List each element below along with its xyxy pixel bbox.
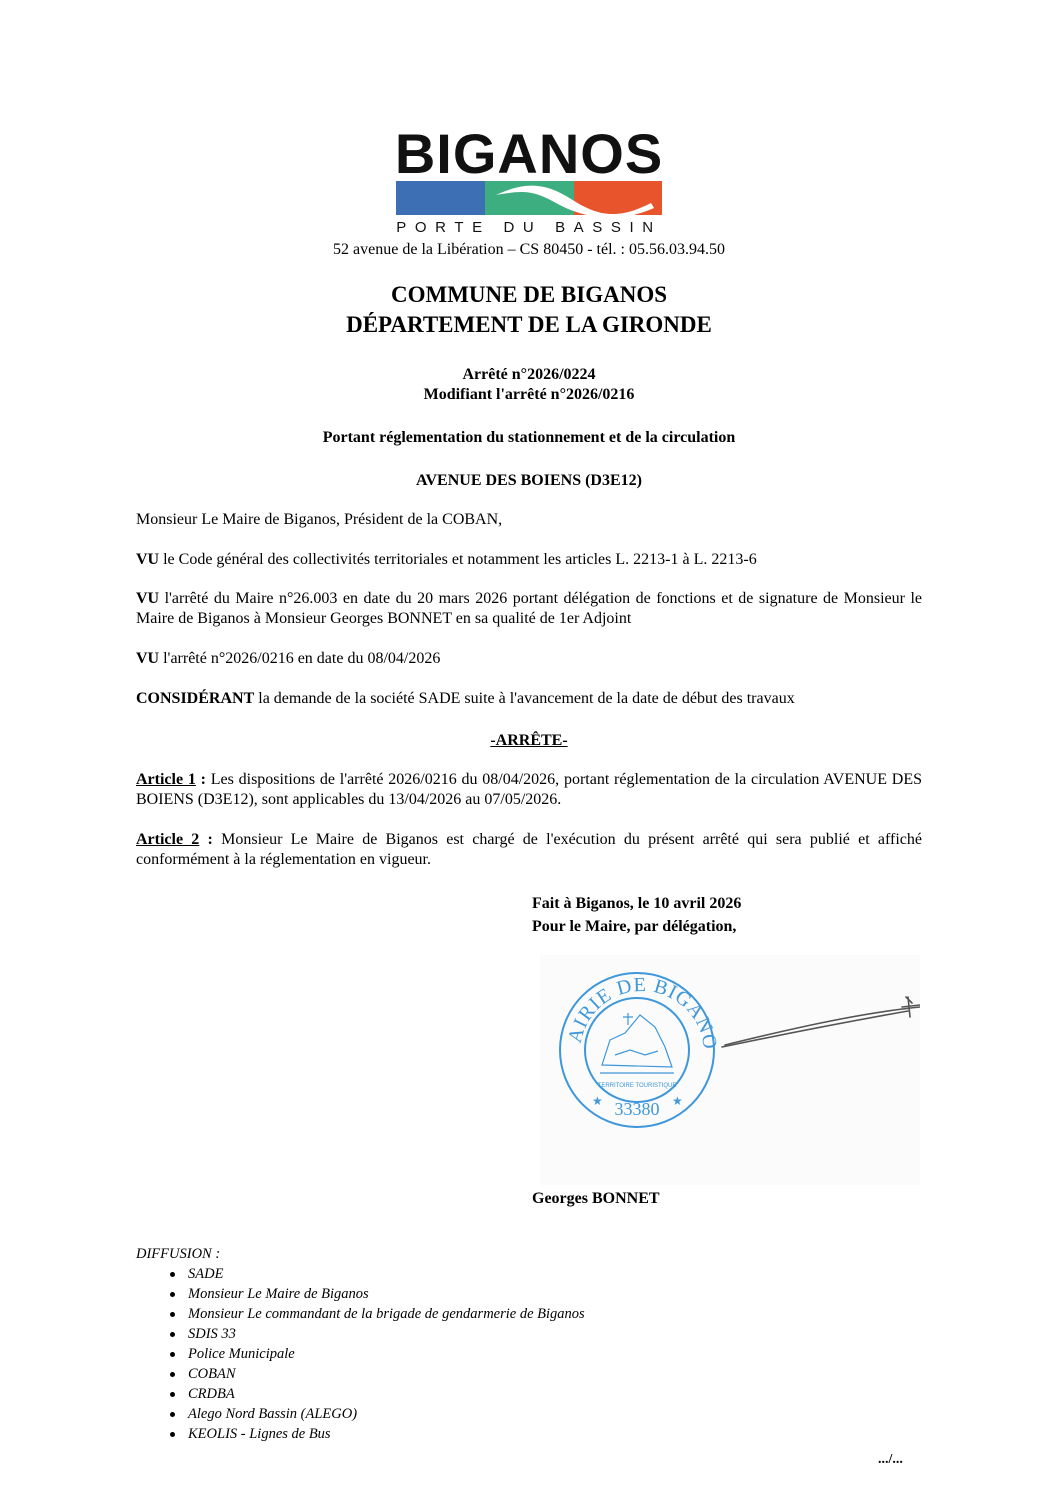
departement-title: DÉPARTEMENT DE LA GIRONDE [0,311,1058,339]
bullet-icon [170,1392,175,1397]
stamp-motto: TERRITOIRE TOURISTIQUE [598,1083,677,1089]
diffusion-item-label: SDIS 33 [188,1326,236,1342]
diffusion-item: Police Municipale [188,1344,585,1364]
bullet-icon [170,1412,175,1417]
diffusion-item-label: Monsieur Le Maire de Biganos [188,1286,369,1302]
svg-text:MAIRIE DE BIGANOS: MAIRIE DE BIGANOS [540,955,721,1051]
vu-clause-3: VU l'arrêté n°2026/0216 en date du 08/04… [136,649,922,669]
decree-modifying: Modifiant l'arrêté n°2026/0216 [0,385,1058,405]
diffusion-list: DIFFUSION : SADEMonsieur Le Maire de Big… [136,1244,585,1444]
intro-line: Monsieur Le Maire de Biganos, Président … [136,510,922,530]
diffusion-item-label: COBAN [188,1366,236,1382]
article-1: Article 1 : Les dispositions de l'arrêté… [136,770,922,810]
considerant-label: CONSIDÉRANT [136,690,254,707]
diffusion-item: Alego Nord Bassin (ALEGO) [188,1404,585,1424]
vu-text: l'arrêté du Maire n°26.003 en date du 20… [136,590,922,627]
considerant-text: la demande de la société SADE suite à l'… [254,690,794,707]
vu-label: VU [136,590,159,607]
delegation-line: Pour le Maire, par délégation, [532,915,736,938]
diffusion-item-label: CRDBA [188,1386,235,1402]
bullet-icon [170,1272,175,1277]
vu-text: l'arrêté n°2026/0216 en date du 08/04/20… [159,650,440,667]
svg-text:★: ★ [592,1094,603,1108]
vu-label: VU [136,650,159,667]
article-label: Article 1 [136,771,196,788]
diffusion-item: COBAN [188,1364,585,1384]
considerant-clause: CONSIDÉRANT la demande de la société SAD… [136,689,922,709]
vu-clause-2: VU l'arrêté du Maire n°26.003 en date du… [136,589,922,629]
article-text: Monsieur Le Maire de Biganos est chargé … [136,831,922,868]
article-2: Article 2 : Monsieur Le Maire de Biganos… [136,830,922,870]
decree-subject: Portant réglementation du stationnement … [0,428,1058,448]
bullet-icon [170,1312,175,1317]
municipal-address: 52 avenue de la Libération – CS 80450 - … [0,240,1058,260]
bullet-icon [170,1352,175,1357]
place-date: Fait à Biganos, le 10 avril 2026 [532,892,741,915]
diffusion-item: SADE [188,1264,585,1284]
decree-number: Arrêté n°2026/0224 [0,365,1058,385]
bullet-icon [170,1332,175,1337]
diffusion-item-label: KEOLIS - Lignes de Bus [188,1426,331,1442]
page-continuation: .../... [878,1452,903,1468]
official-stamp: MAIRIE DE BIGANOS TERRITOIRE TOURISTIQUE… [540,955,920,1185]
bullet-icon [170,1292,175,1297]
handwritten-signature [722,997,920,1047]
svg-text:★: ★ [672,1094,683,1108]
bullet-icon [170,1432,175,1437]
diffusion-item-label: Alego Nord Bassin (ALEGO) [188,1406,357,1422]
stamp-signature-area: MAIRIE DE BIGANOS TERRITOIRE TOURISTIQUE… [540,955,920,1185]
stamp-postcode: 33380 [615,1099,660,1119]
vu-text: le Code général des collectivités territ… [159,551,757,568]
diffusion-item: SDIS 33 [188,1324,585,1344]
logo-wave-bar [396,181,662,215]
commune-title: COMMUNE DE BIGANOS [0,281,1058,309]
diffusion-item: KEOLIS - Lignes de Bus [188,1424,585,1444]
logo-tagline: PORTE DU BASSIN [396,219,662,237]
bullet-icon [170,1372,175,1377]
diffusion-item-label: Police Municipale [188,1346,295,1362]
decree-location: AVENUE DES BOIENS (D3E12) [0,471,1058,491]
diffusion-item: Monsieur Le Maire de Biganos [188,1284,585,1304]
diffusion-title: DIFFUSION : [136,1244,585,1264]
logo-wordmark: BIGANOS [392,124,666,184]
diffusion-item: CRDBA [188,1384,585,1404]
article-label: Article 2 [136,831,199,848]
article-separator: : [199,831,221,848]
stamp-text: MAIRIE DE BIGANOS [540,955,721,1051]
signatory-name: Georges BONNET [532,1187,660,1210]
diffusion-item: Monsieur Le commandant de la brigade de … [188,1304,585,1324]
arrete-heading: -ARRÊTE- [0,731,1058,751]
diffusion-items: SADEMonsieur Le Maire de BiganosMonsieur… [136,1264,585,1444]
article-text: Les dispositions de l'arrêté 2026/0216 d… [136,771,922,808]
diffusion-item-label: SADE [188,1266,223,1282]
vu-clause-1: VU le Code général des collectivités ter… [136,550,922,570]
article-separator: : [196,771,211,788]
vu-label: VU [136,551,159,568]
diffusion-item-label: Monsieur Le commandant de la brigade de … [188,1306,585,1322]
